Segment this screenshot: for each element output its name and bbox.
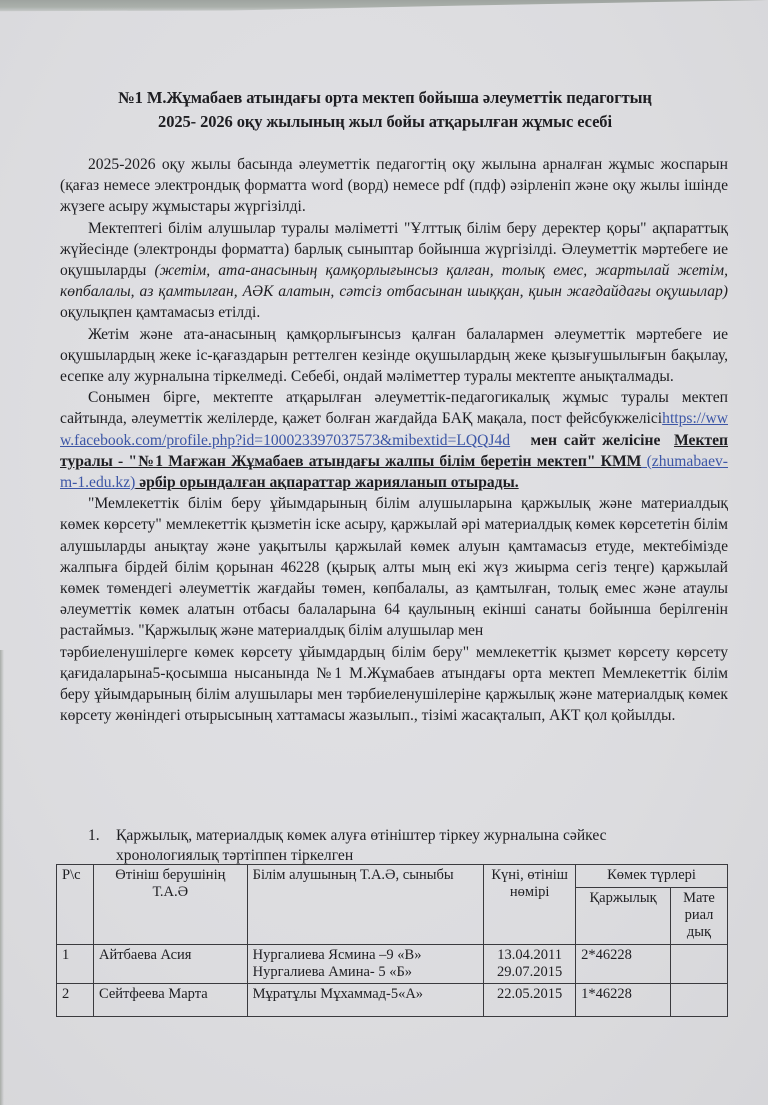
p2-italic-categories: (жетім, ата-анасының қамқорлығынсыз қалғ… — [60, 262, 728, 300]
cell-student: Нургалиева Ясмина –9 «В» Нургалиева Амин… — [247, 945, 484, 984]
list-number: 1. — [88, 826, 100, 846]
cell-applicant: Сейтфеева Марта — [93, 984, 247, 1017]
p4-text-start: Сонымен бірге, мектепте атқарылған әлеум… — [60, 389, 728, 427]
title-line-1: №1 М.Жұмабаев атындағы орта мектеп бойыш… — [40, 86, 730, 110]
p4-text-end: әрбір орындалған ақпараттар жарияланып о… — [135, 474, 518, 491]
paragraph-financial-aid: "Мемлекеттік білім беру ұйымдарының білі… — [60, 493, 728, 641]
paragraph-database: Мектептегі білім алушылар туралы мәлімет… — [60, 218, 728, 324]
cell-no: 2 — [57, 984, 94, 1017]
numbered-list-item: 1. Қаржылық, материалдық көмек алуға өті… — [88, 826, 708, 866]
page-edge-left — [0, 650, 4, 1105]
applications-register-table: Р\с Өтініш берушінің Т.А.Ә Білім алушыны… — [56, 864, 728, 1017]
cell-material — [671, 945, 728, 984]
report-body: 2025-2026 оқу жылы басында әлеуметтік пе… — [60, 154, 728, 726]
header-material: Мате риал дық — [671, 888, 728, 945]
student-name: Нургалиева Ясмина –9 «В» — [253, 947, 479, 964]
cell-date: 22.05.2015 — [484, 984, 576, 1017]
header-date: Күні, өтініш нөмірі — [484, 865, 576, 945]
paragraph-protocol: тәрбиеленушілерге көмек көрсету ұйымдард… — [60, 642, 728, 727]
document-title: №1 М.Жұмабаев атындағы орта мектеп бойыш… — [40, 86, 730, 134]
header-no: Р\с — [57, 865, 94, 945]
header-student: Білім алушының Т.А.Ә, сыныбы — [247, 865, 484, 945]
application-date: 29.07.2015 — [489, 964, 570, 981]
header-applicant: Өтініш берушінің Т.А.Ә — [93, 865, 247, 945]
student-name: Нургалиева Амина- 5 «Б» — [253, 964, 479, 981]
header-aid-types: Көмек түрлері — [576, 865, 728, 888]
table-row: 1 Айтбаева Асия Нургалиева Ясмина –9 «В»… — [57, 945, 728, 984]
table-header-row: Р\с Өтініш берушінің Т.А.Ә Білім алушыны… — [57, 865, 728, 888]
cell-no: 1 — [57, 945, 94, 984]
paragraph-work-plan: 2025-2026 оқу жылы басында әлеуметтік пе… — [60, 154, 728, 218]
p2-text-end: оқулықпен қамтамасыз етілді. — [60, 304, 260, 321]
cell-date: 13.04.2011 29.07.2015 — [484, 945, 576, 984]
title-line-2: 2025- 2026 оқу жылының жыл бойы атқарылғ… — [40, 110, 730, 134]
cell-student: Мұратұлы Мұхаммад-5«А» — [247, 984, 484, 1017]
table-row: 2 Сейтфеева Марта Мұратұлы Мұхаммад-5«А»… — [57, 984, 728, 1017]
paragraph-orphans: Жетім және ата-анасының қамқорлығынсыз қ… — [60, 324, 728, 388]
p4-text-mid: мен сайт желісіне — [510, 432, 674, 449]
application-date: 13.04.2011 — [489, 947, 570, 964]
cell-financial: 2*46228 — [576, 945, 671, 984]
cell-financial: 1*46228 — [576, 984, 671, 1017]
cell-applicant: Айтбаева Асия — [93, 945, 247, 984]
paragraph-publications: Сонымен бірге, мектепте атқарылған әлеум… — [60, 387, 728, 493]
list-text: Қаржылық, материалдық көмек алуға өтініш… — [116, 826, 708, 866]
header-financial: Қаржылық — [576, 888, 671, 945]
cell-material — [671, 984, 728, 1017]
